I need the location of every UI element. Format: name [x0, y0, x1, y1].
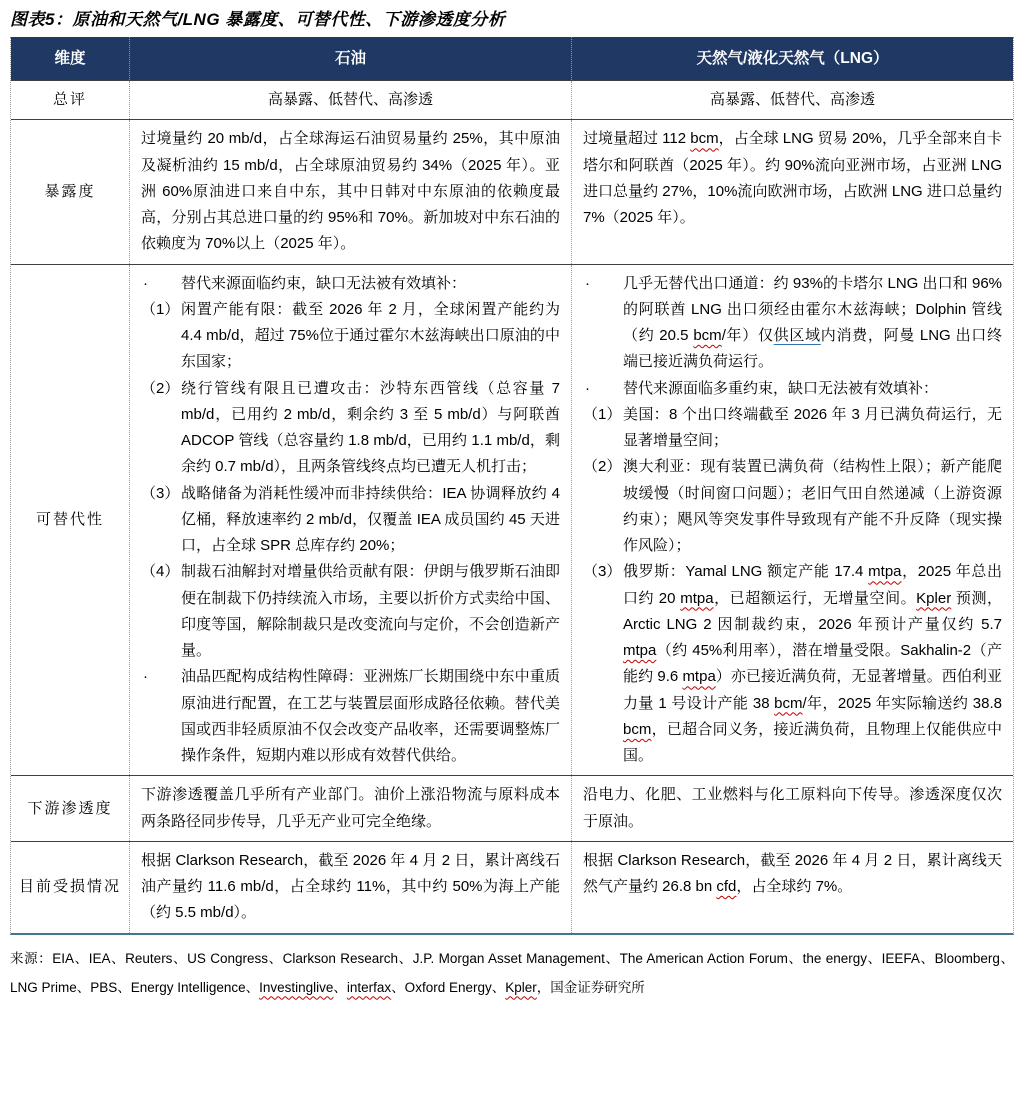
marked-text-segment: bcm: [623, 721, 651, 738]
list-item: ·油品匹配构成结构性障碍：亚洲炼厂长期围绕中东中重质原油进行配置，在工艺与装置层…: [141, 664, 560, 769]
list-item: ·替代来源面临约束，缺口无法被有效填补：: [141, 271, 560, 297]
item-text: 战略储备为消耗性缓冲而非持续供给：IEA 协调释放约 4 亿桶，释放速率约 2 …: [181, 481, 560, 560]
text-segment: 闲置产能有限：截至 2026 年 2 月，全球闲置产能约为 4.4 mb/d，超…: [181, 301, 560, 371]
list-item: （2）澳大利亚：现有装置已满负荷（结构性上限）；新产能爬坡缓慢（时间窗口问题）；…: [583, 454, 1002, 559]
figure-title: 图表5：原油和天然气/LNG 暴露度、可替代性、下游渗透度分析: [10, 5, 1014, 30]
text-segment: 绕行管线有限且已遭攻击：沙特东西管线（总容量 7 mb/d，已用约 2 mb/d…: [181, 380, 560, 476]
text-segment: 、: [333, 980, 347, 995]
marked-text-segment: interfax: [347, 980, 391, 995]
text-segment: /年，2025 年实际输送约 38.8: [802, 695, 1002, 712]
row-label-substitutability: 可替代性: [11, 265, 129, 776]
number-marker: （2）: [583, 454, 623, 559]
list-item: （1）美国：8 个出口终端截至 2026 年 3 月已满负荷运行，无显著增量空间…: [583, 402, 1002, 455]
text-segment: 替代来源面临约束，缺口无法被有效填补：: [181, 275, 466, 292]
cell-penetration-gas: 沿电力、化肥、工业燃料与化工原料向下传导。渗透深度仅次于原油。: [571, 776, 1013, 841]
item-text: 油品匹配构成结构性障碍：亚洲炼厂长期围绕中东中重质原油进行配置，在工艺与装置层面…: [181, 664, 560, 769]
row-penetration: 下游渗透度 下游渗透覆盖几乎所有产业部门。油价上涨沿物流与原料成本两条路径同步传…: [11, 775, 1013, 841]
cell-overall-oil: 高暴露、低替代、高渗透: [129, 81, 571, 119]
header-cell-dimension: 维度: [11, 37, 129, 80]
cell-damage-oil: 根据 Clarkson Research，截至 2026 年 4 月 2 日，累…: [129, 842, 571, 933]
marked-text-segment: bcm: [774, 695, 802, 712]
list-item: （4）制裁石油解封对增量供给贡献有限：伊朗与俄罗斯石油即便在制裁下仍持续流入市场…: [141, 559, 560, 664]
marked-text-segment: mtpa: [623, 642, 656, 659]
cell-overall-gas: 高暴露、低替代、高渗透: [571, 81, 1013, 119]
source-note: 来源：EIA、IEA、Reuters、US Congress、Clarkson …: [10, 944, 1014, 1002]
row-label-damage: 目前受损情况: [11, 842, 129, 933]
text-segment: 澳大利亚：现有装置已满负荷（结构性上限）；新产能爬坡缓慢（时间窗口问题）；老旧气…: [623, 458, 1002, 554]
cell-penetration-oil: 下游渗透覆盖几乎所有产业部门。油价上涨沿物流与原料成本两条路径同步传导，几乎无产…: [129, 776, 571, 841]
text-segment: 美国：8 个出口终端截至 2026 年 3 月已满负荷运行，无显著增量空间；: [623, 406, 1002, 449]
row-overall: 总评 高暴露、低替代、高渗透 高暴露、低替代、高渗透: [11, 80, 1013, 119]
bullet-marker: ·: [583, 376, 623, 402]
cell-damage-gas: 根据 Clarkson Research，截至 2026 年 4 月 2 日，累…: [571, 842, 1013, 933]
cell-exposure-oil: 过境量约 20 mb/d，占全球海运石油贸易量约 25%，其中原油及凝析油约 1…: [129, 120, 571, 263]
number-marker: （4）: [141, 559, 181, 664]
cell-substitutability-gas: ·几乎无替代出口通道：约 93%的卡塔尔 LNG 出口和 96%的阿联酋 LNG…: [571, 265, 1013, 776]
row-label-penetration: 下游渗透度: [11, 776, 129, 841]
number-marker: （3）: [583, 559, 623, 769]
text-segment: 战略储备为消耗性缓冲而非持续供给：IEA 协调释放约 4 亿桶，释放速率约 2 …: [181, 485, 560, 555]
row-label-exposure: 暴露度: [11, 120, 129, 263]
bullet-marker: ·: [583, 271, 623, 376]
text-segment: 制裁石油解封对增量供给贡献有限：伊朗与俄罗斯石油即便在制裁下仍持续流入市场，主要…: [181, 563, 560, 659]
text-segment: 替代来源面临多重约束，缺口无法被有效填补：: [623, 380, 938, 397]
marked-text-segment: mtpa: [680, 590, 713, 607]
item-text: 制裁石油解封对增量供给贡献有限：伊朗与俄罗斯石油即便在制裁下仍持续流入市场，主要…: [181, 559, 560, 664]
list-item: （1）闲置产能有限：截至 2026 年 2 月，全球闲置产能约为 4.4 mb/…: [141, 297, 560, 376]
row-exposure: 暴露度 过境量约 20 mb/d，占全球海运石油贸易量约 25%，其中原油及凝析…: [11, 119, 1013, 263]
marked-text-segment: cfd: [716, 878, 736, 895]
header-cell-oil: 石油: [129, 37, 571, 80]
row-substitutability: 可替代性 ·替代来源面临约束，缺口无法被有效填补：（1）闲置产能有限：截至 20…: [11, 264, 1013, 776]
text-segment: 俄罗斯：Yamal LNG 额定产能 17.4: [623, 563, 868, 580]
marked-text-segment: Kpler: [916, 590, 951, 607]
report-page: 图表5：原油和天然气/LNG 暴露度、可替代性、下游渗透度分析 维度 石油 天然…: [0, 0, 1024, 1010]
cell-substitutability-oil: ·替代来源面临约束，缺口无法被有效填补：（1）闲置产能有限：截至 2026 年 …: [129, 265, 571, 776]
cell-exposure-gas: 过境量超过 112 bcm，占全球 LNG 贸易 20%，几乎全部来自卡塔尔和阿…: [571, 120, 1013, 263]
text-segment: 、Oxford Energy、: [391, 980, 505, 995]
analysis-table: 维度 石油 天然气/液化天然气（LNG） 总评 高暴露、低替代、高渗透 高暴露、…: [10, 37, 1014, 935]
list-item: （3）俄罗斯：Yamal LNG 额定产能 17.4 mtpa，2025 年总出…: [583, 559, 1002, 769]
text-segment: ，已超合同义务，接近满负荷，且物理上仅能供应中国。: [623, 721, 1002, 764]
bullet-marker: ·: [141, 271, 181, 297]
marked-text-segment: Investinglive: [259, 980, 333, 995]
item-text: 俄罗斯：Yamal LNG 额定产能 17.4 mtpa，2025 年总出口约 …: [623, 559, 1002, 769]
list-item: （2）绕行管线有限且已遭攻击：沙特东西管线（总容量 7 mb/d，已用约 2 m…: [141, 376, 560, 481]
row-label-overall: 总评: [11, 81, 129, 119]
row-damage: 目前受损情况 根据 Clarkson Research，截至 2026 年 4 …: [11, 841, 1013, 933]
marked-text-segment: 供区域: [774, 327, 821, 344]
marked-text-segment: mtpa: [868, 563, 901, 580]
number-marker: （3）: [141, 481, 181, 560]
list-item: ·几乎无替代出口通道：约 93%的卡塔尔 LNG 出口和 96%的阿联酋 LNG…: [583, 271, 1002, 376]
item-text: 替代来源面临多重约束，缺口无法被有效填补：: [623, 376, 1002, 402]
header-cell-gas: 天然气/液化天然气（LNG）: [571, 37, 1013, 80]
marked-text-segment: mtpa: [682, 668, 715, 685]
number-marker: （1）: [141, 297, 181, 376]
item-text: 闲置产能有限：截至 2026 年 2 月，全球闲置产能约为 4.4 mb/d，超…: [181, 297, 560, 376]
item-text: 替代来源面临约束，缺口无法被有效填补：: [181, 271, 560, 297]
table-header-row: 维度 石油 天然气/液化天然气（LNG）: [11, 37, 1013, 80]
item-text: 美国：8 个出口终端截至 2026 年 3 月已满负荷运行，无显著增量空间；: [623, 402, 1002, 455]
list-item: （3）战略储备为消耗性缓冲而非持续供给：IEA 协调释放约 4 亿桶，释放速率约…: [141, 481, 560, 560]
text-segment: /年）仅: [722, 327, 774, 344]
bullet-marker: ·: [141, 664, 181, 769]
list-item: ·替代来源面临多重约束，缺口无法被有效填补：: [583, 376, 1002, 402]
text-segment: ，国金证券研究所: [537, 980, 645, 995]
number-marker: （1）: [583, 402, 623, 455]
marked-text-segment: Kpler: [505, 980, 537, 995]
number-marker: （2）: [141, 376, 181, 481]
text-segment: 过境量超过 112: [583, 130, 690, 147]
text-segment: ，占全球约 7%。: [736, 878, 852, 895]
text-segment: ，已超额运行，无增量空间。: [714, 590, 917, 607]
marked-text-segment: bcm: [690, 130, 718, 147]
item-text: 几乎无替代出口通道：约 93%的卡塔尔 LNG 出口和 96%的阿联酋 LNG …: [623, 271, 1002, 376]
item-text: 绕行管线有限且已遭攻击：沙特东西管线（总容量 7 mb/d，已用约 2 mb/d…: [181, 376, 560, 481]
text-segment: 油品匹配构成结构性障碍：亚洲炼厂长期围绕中东中重质原油进行配置，在工艺与装置层面…: [181, 668, 560, 764]
item-text: 澳大利亚：现有装置已满负荷（结构性上限）；新产能爬坡缓慢（时间窗口问题）；老旧气…: [623, 454, 1002, 559]
marked-text-segment: bcm: [693, 327, 721, 344]
